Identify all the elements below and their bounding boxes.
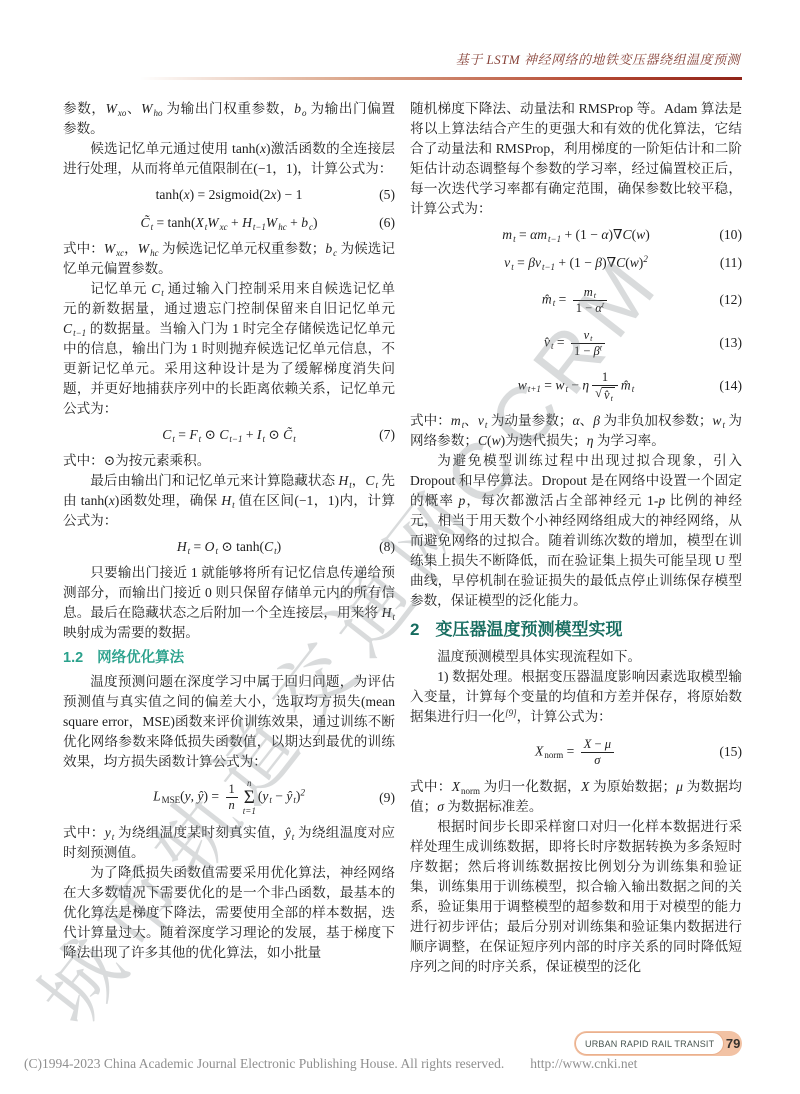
paragraph-13: 为避免模型训练过程中出现过拟合现象，引入 Dropout 和早停算法。Dropo… xyxy=(410,451,742,611)
equation-9: LMSE(y, ŷ) = 1nnΣt=1(yt − ŷt)2 (9) xyxy=(63,779,395,816)
equation-6: C̃t = tanh(XtWxc + Ht−1Whc + bc) (6) xyxy=(63,211,395,235)
equation-body: v̂t = vt1 − βt xyxy=(544,328,608,359)
paragraph-3: 式中：Wxc，Whc 为候选记忆单元权重参数；bc 为候选记忆单元偏置参数。 xyxy=(63,239,395,279)
paragraph-4: 记忆单元 Ct 通过输入门控制采用来自候选记忆单元的新数据量，通过遗忘门控制保留… xyxy=(63,279,395,419)
equation-body: m̂t = mt1 − αt xyxy=(542,285,610,316)
equation-number: (7) xyxy=(379,425,395,445)
paragraph-1: 参数，Wxo、Who 为输出门权重参数，bo 为输出门偏置参数。 xyxy=(63,99,395,139)
equation-11: vt = βvt−1 + (1 − β)∇C(w)2 (11) xyxy=(410,251,742,275)
equation-number: (11) xyxy=(720,253,742,273)
equation-number: (13) xyxy=(719,333,742,353)
equation-number: (6) xyxy=(379,213,395,233)
paragraph-5: 式中：⊙为按元素乘积。 xyxy=(63,451,395,471)
paragraph-14: 温度预测模型具体实现流程如下。 xyxy=(410,647,742,667)
equation-number: (8) xyxy=(379,537,395,557)
right-column: 随机梯度下降法、动量法和 RMSProp 等。Adam 算法是将以上算法结合产生… xyxy=(410,99,742,977)
equation-7: Ct = Ft ⊙ Ct−1 + It ⊙ C̃t (7) xyxy=(63,423,395,447)
document-page: 基于 LSTM 神经网络的地铁变压器绕组温度预测 城市轨道交通网CCRM 参数，… xyxy=(0,0,800,1094)
journal-name-pill: URBAN RAPID RAIL TRANSIT xyxy=(575,1032,724,1055)
equation-8: Ht = Ot ⊙ tanh(Ct) (8) xyxy=(63,535,395,559)
equation-body: mt = αmt−1 + (1 − α)∇C(w) xyxy=(502,225,649,245)
equation-body: tanh(x) = 2sigmoid(2x) − 1 xyxy=(156,185,303,205)
equation-body: vt = βvt−1 + (1 − β)∇C(w)2 xyxy=(504,253,648,273)
heading-number: 2 xyxy=(410,620,419,639)
equation-number: (9) xyxy=(379,788,395,808)
equation-body: LMSE(y, ŷ) = 1nnΣt=1(yt − ŷt)2 xyxy=(153,779,305,816)
equation-number: (15) xyxy=(719,742,742,762)
heading-title: 变压器温度预测模型实现 xyxy=(435,620,622,639)
equation-body: Xnorm = X − μσ xyxy=(535,737,617,768)
paragraph-8: 温度预测问题在深度学习中属于回归问题，为评估预测值与真实值之间的偏差大小，选取均… xyxy=(63,672,395,772)
equation-body: Ct = Ft ⊙ Ct−1 + It ⊙ C̃t xyxy=(162,425,295,445)
equation-body: Ht = Ot ⊙ tanh(Ct) xyxy=(177,537,281,557)
left-column: 参数，Wxo、Who 为输出门权重参数，bo 为输出门偏置参数。 候选记忆单元通… xyxy=(63,99,395,963)
copyright-line: (C)1994-2023 China Academic Journal Elec… xyxy=(24,1056,637,1072)
equation-body: wt+1 = wt − η1√v̂tm̂t xyxy=(518,370,634,403)
paragraph-16: 式中：Xnorm 为归一化数据，X 为原始数据；μ 为数据均值；σ 为数据标准差… xyxy=(410,777,742,817)
page-number: 79 xyxy=(724,1036,742,1051)
cnki-url: http://www.cnki.net xyxy=(530,1056,637,1071)
equation-body: C̃t = tanh(XtWxc + Ht−1Whc + bc) xyxy=(141,213,318,233)
journal-badge: URBAN RAPID RAIL TRANSIT 79 xyxy=(574,1031,742,1056)
header-rule xyxy=(140,77,742,80)
equation-12: m̂t = mt1 − αt (12) xyxy=(410,282,742,318)
paragraph-9: 式中：yt 为绕组温度某时刻真实值，ŷt 为绕组温度对应时刻预测值。 xyxy=(63,823,395,863)
equation-10: mt = αmt−1 + (1 − α)∇C(w) (10) xyxy=(410,223,742,247)
equation-number: (14) xyxy=(719,376,742,396)
journal-name: URBAN RAPID RAIL TRANSIT xyxy=(585,1039,714,1049)
equation-15: Xnorm = X − μσ (15) xyxy=(410,734,742,770)
paragraph-6: 最后由输出门和记忆单元来计算隐藏状态 Ht，Ct 先由 tanh(x)函数处理，… xyxy=(63,471,395,531)
copyright-text: (C)1994-2023 China Academic Journal Elec… xyxy=(24,1056,504,1071)
equation-number: (10) xyxy=(719,225,742,245)
paragraph-17: 根据时间步长即采样窗口对归一化样本数据进行采样处理生成训练数据，即将长时序数据转… xyxy=(410,817,742,977)
paragraph-10: 为了降低损失函数值需要采用优化算法，神经网络在大多数情况下需要优化的是一个非凸函… xyxy=(63,863,395,963)
equation-number: (5) xyxy=(379,185,395,205)
paragraph-7: 只要输出门接近 1 就能够将所有记忆信息传递给预测部分，而输出门接近 0 则只保… xyxy=(63,563,395,643)
paragraph-15: 1) 数据处理。根据变压器温度影响因素选取模型输入变量，计算每个变量的均值和方差… xyxy=(410,667,742,727)
heading-number: 1.2 xyxy=(63,650,83,666)
equation-number: (12) xyxy=(719,290,742,310)
section-heading: 2变压器温度预测模型实现 xyxy=(410,620,742,640)
subsection-heading: 1.2网络优化算法 xyxy=(63,648,395,668)
paragraph-2: 候选记忆单元通过使用 tanh(x)激活函数的全连接层进行处理，从而将单元值限制… xyxy=(63,139,395,179)
paragraph-11: 随机梯度下降法、动量法和 RMSProp 等。Adam 算法是将以上算法结合产生… xyxy=(410,99,742,219)
running-header-title: 基于 LSTM 神经网络的地铁变压器绕组温度预测 xyxy=(456,49,740,68)
equation-13: v̂t = vt1 − βt (13) xyxy=(410,325,742,361)
equation-14: wt+1 = wt − η1√v̂tm̂t (14) xyxy=(410,368,742,404)
heading-title: 网络优化算法 xyxy=(97,650,184,666)
paragraph-12: 式中：mt、vt 为动量参数；α、β 为非负加权参数；wt 为网络参数；C(w)… xyxy=(410,411,742,451)
equation-5: tanh(x) = 2sigmoid(2x) − 1 (5) xyxy=(63,183,395,207)
